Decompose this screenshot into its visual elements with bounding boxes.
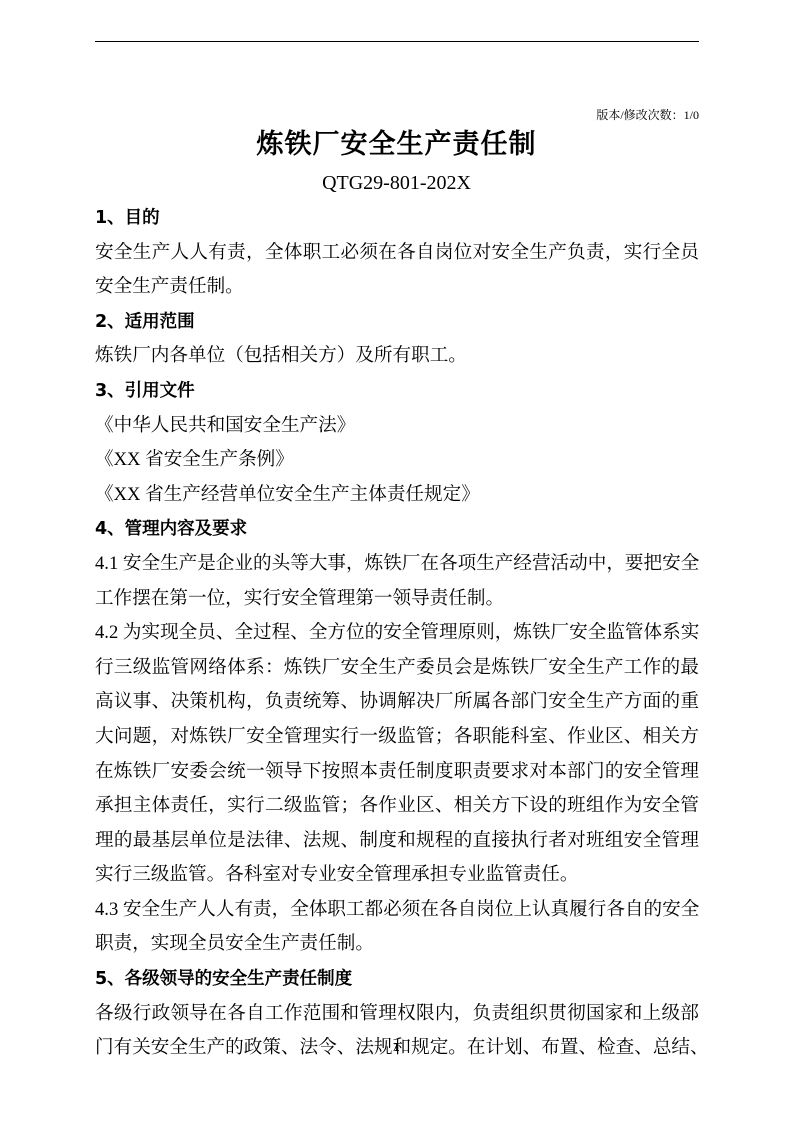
paragraph-line: 实行三级监管。各科室对专业安全管理承担专业监管责任。 xyxy=(95,858,699,893)
paragraph-line: 各级行政领导在各自工作范围和管理权限内，负责组织贯彻国家和上级部 xyxy=(95,997,699,1032)
document-title: 炼铁厂安全生产责任制 xyxy=(0,127,793,163)
section-heading-leadership: 5、各级领导的安全生产责任制度 xyxy=(95,962,699,997)
reference-item: 《XX 省安全生产条例》 xyxy=(95,443,699,478)
paragraph-line: 安全生产责任制。 xyxy=(95,270,699,305)
page-number: 1 xyxy=(0,1041,793,1054)
paragraph-line: 工作摆在第一位，实行安全管理第一领导责任制。 xyxy=(95,582,699,617)
section-heading-references: 3、引用文件 xyxy=(95,374,699,409)
document-body: 1、目的 安全生产人人有责，全体职工必须在各自岗位对安全生产负责，实行全员 安全… xyxy=(95,201,699,1066)
paragraph-line: 在炼铁厂安委会统一领导下按照本责任制度职责要求对本部门的安全管理 xyxy=(95,755,699,790)
paragraph-line: 高议事、决策机构，负责统筹、协调解决厂所属各部门安全生产方面的重 xyxy=(95,685,699,720)
version-label: 版本/修改次数：1/0 xyxy=(596,108,699,122)
paragraph-line: 职责，实现全员安全生产责任制。 xyxy=(95,927,699,962)
reference-item: 《中华人民共和国安全生产法》 xyxy=(95,409,699,444)
paragraph-line: 4.3 安全生产人人有责，全体职工都必须在各自岗位上认真履行各自的安全 xyxy=(95,893,699,928)
header-rule xyxy=(95,41,699,42)
document-code: QTG29-801-202X xyxy=(0,170,793,196)
reference-item: 《XX 省生产经营单位安全生产主体责任规定》 xyxy=(95,478,699,513)
paragraph-line: 安全生产人人有责，全体职工必须在各自岗位对安全生产负责，实行全员 xyxy=(95,236,699,271)
paragraph-line: 炼铁厂内各单位（包括相关方）及所有职工。 xyxy=(95,339,699,374)
section-heading-scope: 2、适用范围 xyxy=(95,305,699,340)
section-heading-requirements: 4、管理内容及要求 xyxy=(95,512,699,547)
paragraph-line: 4.2 为实现全员、全过程、全方位的安全管理原则，炼铁厂安全监管体系实 xyxy=(95,616,699,651)
paragraph-line: 4.1 安全生产是企业的头等大事，炼铁厂在各项生产经营活动中，要把安全 xyxy=(95,547,699,582)
paragraph-line: 大问题，对炼铁厂安全管理实行一级监管；各职能科室、作业区、相关方 xyxy=(95,720,699,755)
paragraph-line: 理的最基层单位是法律、法规、制度和规程的直接执行者对班组安全管理 xyxy=(95,824,699,859)
section-heading-purpose: 1、目的 xyxy=(95,201,699,236)
paragraph-line: 行三级监管网络体系：炼铁厂安全生产委员会是炼铁厂安全生产工作的最 xyxy=(95,651,699,686)
paragraph-line: 承担主体责任，实行二级监管；各作业区、相关方下设的班组作为安全管 xyxy=(95,789,699,824)
